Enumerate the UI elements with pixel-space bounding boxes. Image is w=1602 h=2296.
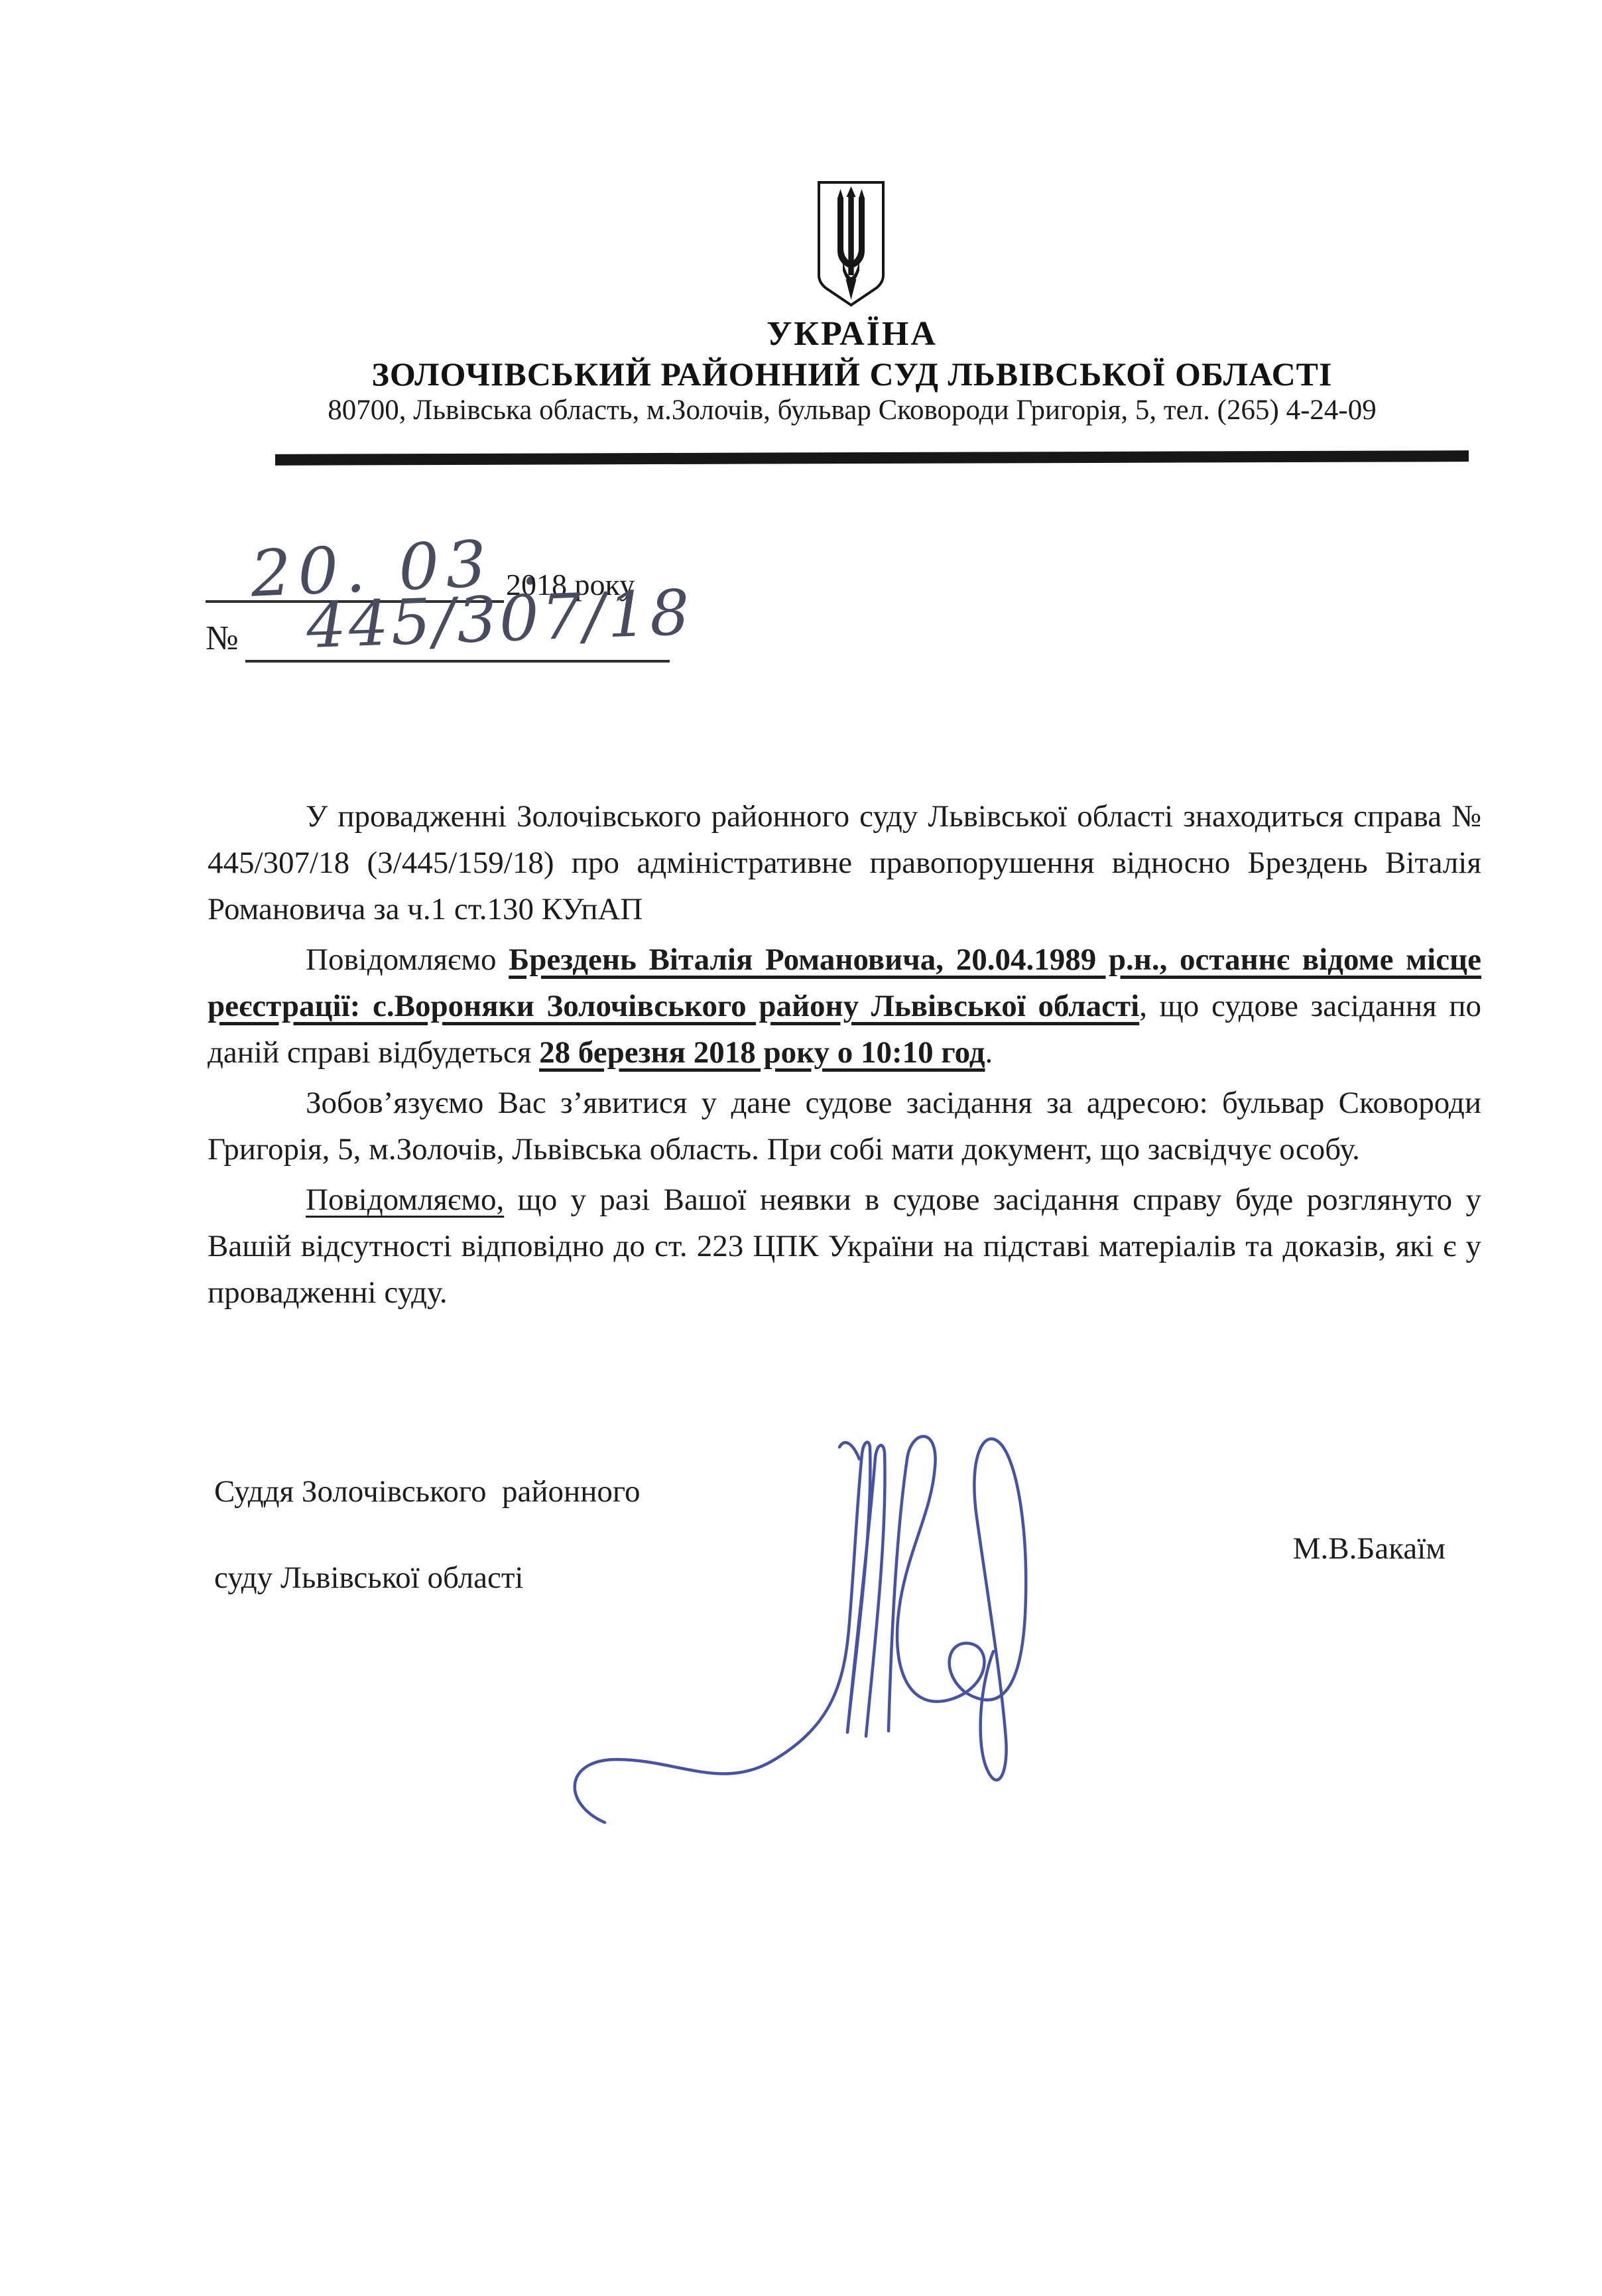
paragraph-case-info-text: У провадженні Золочівського районного су… — [208, 799, 1481, 926]
paragraph-case-info: У провадженні Золочівського районного су… — [208, 793, 1481, 932]
court-name: ЗОЛОЧІВСЬКИЙ РАЙОННИЙ СУД ЛЬВІВСЬКОЇ ОБЛ… — [113, 355, 1591, 393]
header-divider-rule — [275, 450, 1469, 466]
letter-body: У провадженні Золочівського районного су… — [208, 793, 1481, 1320]
court-letter-page: УКРАЇНА ЗОЛОЧІВСЬКИЙ РАЙОННИЙ СУД ЛЬВІВС… — [0, 0, 1602, 2296]
paragraph-warning: Повідомляємо, що у разі Вашої неявки в с… — [208, 1177, 1481, 1316]
country-title: УКРАЇНА — [113, 314, 1591, 353]
summons-tail: . — [985, 1035, 993, 1070]
number-sign: № — [206, 619, 239, 658]
summons-datetime-bold: 28 березня 2018 року о 10:10 год — [539, 1035, 985, 1070]
paragraph-appearance: Зобов’язуємо Вас з’явитися у дане судове… — [208, 1080, 1481, 1173]
judge-name: М.В.Бакаїм — [1015, 1531, 1446, 1566]
paragraph-summons: Повідомляємо Брездень Віталія Романовича… — [208, 936, 1481, 1076]
paragraph-appearance-text: Зобов’язуємо Вас з’явитися у дане судове… — [208, 1086, 1481, 1167]
handwritten-case-number: 445/307/18 — [305, 577, 693, 663]
case-number-underline — [245, 660, 670, 663]
judge-title-line2: суду Львівської області — [214, 1560, 524, 1596]
court-address: 80700, Львівська область, м.Золочів, бул… — [113, 394, 1591, 426]
summons-lead: Повідомляємо — [306, 942, 509, 977]
handwritten-signature — [544, 1360, 1074, 1837]
ukraine-trident-emblem-icon — [817, 180, 885, 308]
warning-underlined-word: Повідомляємо, — [306, 1182, 504, 1217]
